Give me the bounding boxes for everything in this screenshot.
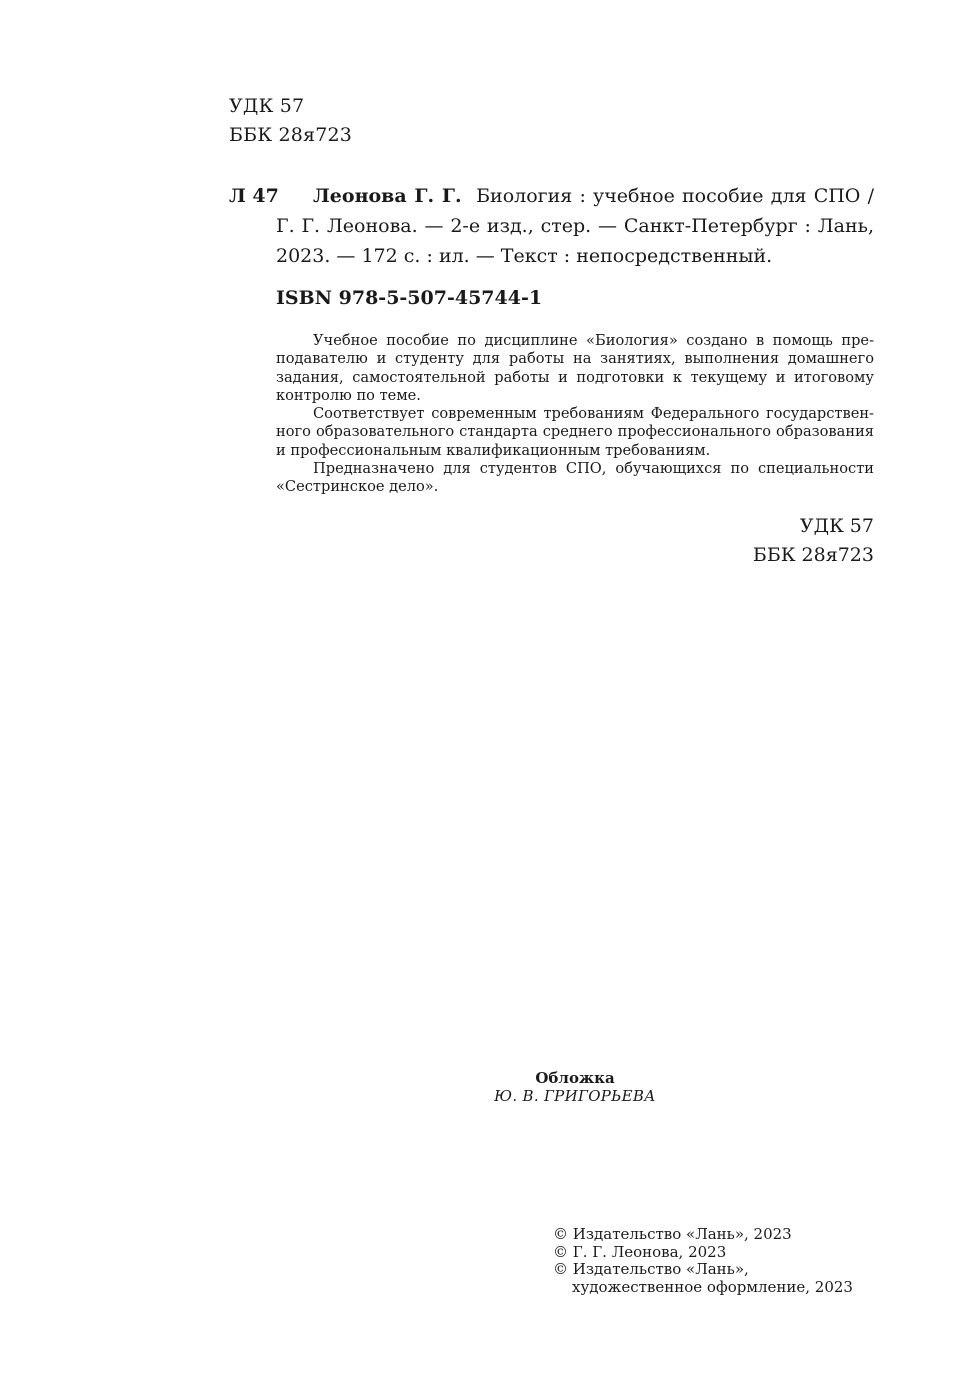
annotation-line: задания, самостоятельной работы и подгот… — [276, 369, 874, 387]
bibliographic-record: Л 47 Леонова Г. Г. Биология : учебное по… — [229, 181, 874, 271]
classification-bottom: УДК 57 ББК 28я723 — [700, 512, 874, 570]
biblio-line-1: Леонова Г. Г. Биология : учебное пособие… — [313, 181, 874, 211]
bbk-code: ББК 28я723 — [700, 541, 874, 570]
isbn: ISBN 978-5-507-45744-1 — [276, 284, 542, 312]
title-info: Биология : учебное пособие для СПО / — [476, 185, 874, 207]
annotation: Учебное пособие по дисциплине «Биология»… — [276, 332, 874, 497]
cover-designer: Ю. В. ГРИГОРЬЕВА — [400, 1087, 750, 1105]
annotation-line: «Сестринское дело». — [276, 478, 874, 496]
annotation-line: Соответствует современным требованиям Фе… — [276, 405, 874, 423]
annotation-line: Предназначено для студентов СПО, обучающ… — [276, 460, 874, 478]
biblio-line-2: Г. Г. Леонова. — 2-е изд., стер. — Санкт… — [276, 211, 874, 241]
annotation-line: подавателю и студенту для работы на заня… — [276, 350, 874, 368]
copyright-line: © Издательство «Лань», 2023 — [553, 1226, 853, 1244]
annotation-line: и профессиональным квалификационным треб… — [276, 442, 874, 460]
classification-top: УДК 57 ББК 28я723 — [229, 92, 352, 150]
biblio-line-3: 2023. — 172 с. : ил. — Текст : непосредс… — [276, 241, 874, 271]
author-name: Леонова Г. Г. — [313, 185, 462, 207]
bbk-code: ББК 28я723 — [229, 121, 352, 150]
annotation-line: Учебное пособие по дисциплине «Биология»… — [276, 332, 874, 350]
author-mark: Л 47 — [229, 181, 279, 211]
annotation-line: контролю по теме. — [276, 387, 874, 405]
copyright-line: © Г. Г. Леонова, 2023 — [553, 1244, 853, 1262]
imprint-page: УДК 57 ББК 28я723 Л 47 Леонова Г. Г. Био… — [0, 0, 975, 1388]
udk-code: УДК 57 — [229, 92, 352, 121]
cover-label: Обложка — [400, 1069, 750, 1087]
copyright-line: © Издательство «Лань», — [553, 1261, 853, 1279]
udk-code: УДК 57 — [700, 512, 874, 541]
copyright-line: художественное оформление, 2023 — [553, 1279, 853, 1297]
annotation-line: ного образовательного стандарта среднего… — [276, 423, 874, 441]
cover-credit: Обложка Ю. В. ГРИГОРЬЕВА — [400, 1069, 750, 1105]
copyright-block: © Издательство «Лань», 2023 © Г. Г. Леон… — [553, 1226, 853, 1296]
